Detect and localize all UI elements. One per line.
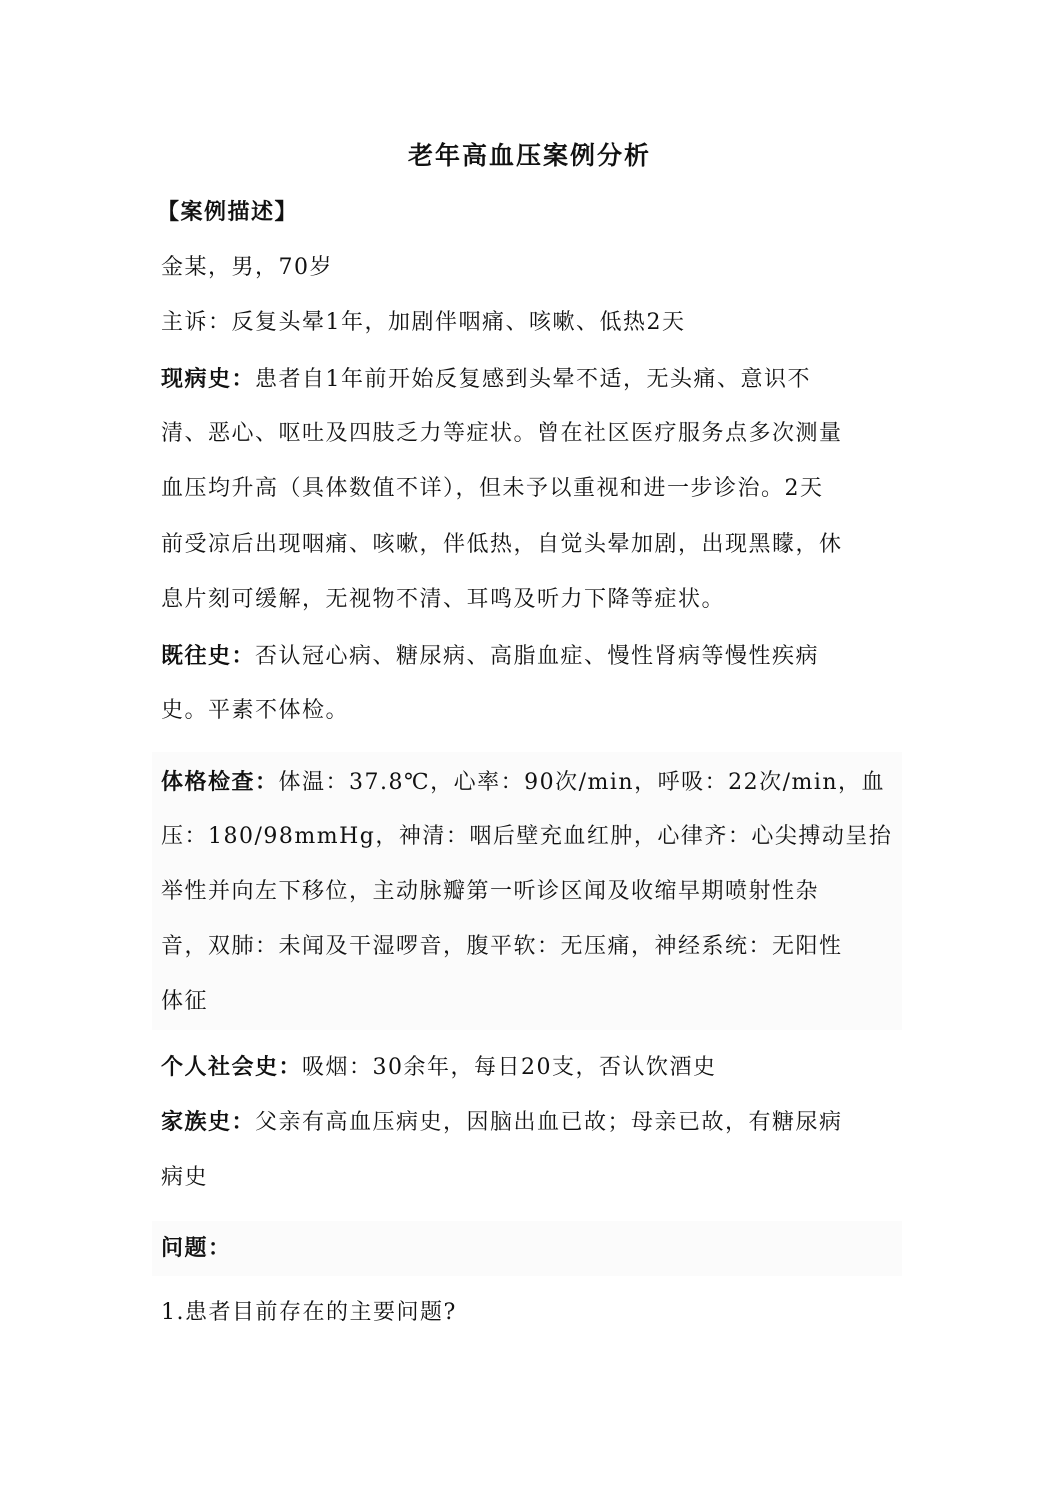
present-illness-line-1: 现病史：患者自1年前开始反复感到头晕不适，无头痛、意识不 (161, 363, 811, 396)
past-history-label: 既往史： (161, 643, 255, 669)
present-illness-line-2: 清、恶心、呕吐及四肢乏力等症状。曾在社区医疗服务点多次测量 (161, 418, 843, 450)
family-history-line-1: 家族史：父亲有高血压病史，因脑出血已故；母亲已故，有糖尿病 (161, 1106, 843, 1139)
past-history-line-2: 史。平素不体检。 (161, 695, 349, 727)
physical-exam-line-5: 体征 (161, 986, 208, 1018)
past-history-text: 否认冠心病、糖尿病、高脂血症、慢性肾病等慢性疾病 (255, 644, 819, 669)
social-history-text: 吸烟：30余年，每日20支，否认饮酒史 (302, 1055, 717, 1080)
chief-complaint: 主诉：反复头晕1年，加剧伴咽痛、咳嗽、低热2天 (161, 307, 686, 339)
present-illness-line-4: 前受凉后出现咽痛、咳嗽，伴低热，自觉头晕加剧，出现黑矇，休 (161, 529, 843, 561)
question-item-1: 1.患者目前存在的主要问题? (161, 1297, 457, 1329)
chief-complaint-label: 主诉： (161, 310, 232, 335)
social-history: 个人社会史：吸烟：30余年，每日20支，否认饮酒史 (161, 1051, 717, 1084)
physical-exam-line-4: 音，双肺：未闻及干湿啰音，腹平软：无压痛，神经系统：无阳性 (161, 931, 843, 963)
social-history-label: 个人社会史： (161, 1054, 302, 1080)
present-illness-text: 患者自1年前开始反复感到头晕不适，无头痛、意识不 (255, 367, 811, 392)
present-illness-line-5: 息片刻可缓解，无视物不清、耳鸣及听力下降等症状。 (161, 584, 725, 616)
chief-complaint-text: 反复头晕1年，加剧伴咽痛、咳嗽、低热2天 (232, 310, 686, 335)
physical-exam-line-3: 举性并向左下移位，主动脉瓣第一听诊区闻及收缩早期喷射性杂 (161, 876, 819, 908)
questions-shading (152, 1221, 902, 1276)
document-title: 老年高血压案例分析 (0, 138, 1059, 174)
present-illness-label: 现病史： (161, 366, 255, 392)
patient-info: 金某，男，70岁 (161, 252, 333, 284)
section-heading: 【案例描述】 (157, 196, 298, 228)
physical-exam-label: 体格检查： (161, 769, 279, 795)
present-illness-line-3: 血压均升高（具体数值不详），但未予以重视和进一步诊治。2天 (161, 473, 824, 505)
physical-exam-line-2: 压：180/98mmHg，神清：咽后壁充血红肿，心律齐：心尖搏动呈抬 (161, 821, 892, 853)
physical-exam-line-1: 体格检查：体温：37.8℃，心率：90次/min，呼吸：22次/min，血 (161, 766, 885, 799)
past-history-line-1: 既往史：否认冠心病、糖尿病、高脂血症、慢性肾病等慢性疾病 (161, 640, 819, 673)
questions-heading: 问题： (161, 1232, 232, 1264)
family-history-text: 父亲有高血压病史，因脑出血已故；母亲已故，有糖尿病 (255, 1110, 843, 1135)
physical-exam-text: 体温：37.8℃，心率：90次/min，呼吸：22次/min，血 (279, 770, 886, 795)
family-history-label: 家族史： (161, 1109, 255, 1135)
family-history-line-2: 病史 (161, 1162, 208, 1194)
document-page: 老年高血压案例分析 【案例描述】 金某，男，70岁 主诉：反复头晕1年，加剧伴咽… (0, 0, 1059, 1497)
